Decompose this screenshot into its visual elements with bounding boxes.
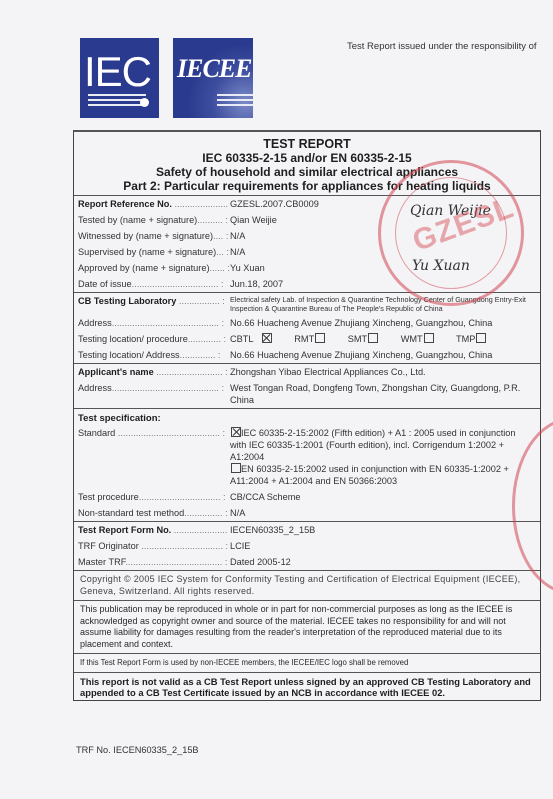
standard-iec: IEC 60335-2-15:2002 (Fifth edition) + A1… xyxy=(230,427,532,463)
standard-row: Standard ...............................… xyxy=(74,425,540,489)
checkbox-empty xyxy=(424,333,434,343)
title-line-4: Part 2: Particular requirements for appl… xyxy=(74,179,540,193)
label: Testing location/ procedure xyxy=(78,334,188,344)
copyright-section: Copyright © 2005 IEC System for Conformi… xyxy=(74,570,540,600)
lab-address-row: Address.................................… xyxy=(74,315,540,331)
checkbox-checked xyxy=(262,333,272,343)
iec-logo-text: IEC xyxy=(84,48,151,96)
testing-location-address-row: Testing location/ Address.............. … xyxy=(74,347,540,363)
iec-logo: IEC xyxy=(80,38,159,118)
logo-stripes xyxy=(88,91,146,106)
test-procedure-row: Test procedure..........................… xyxy=(74,489,540,505)
supervised-by-value: N/A xyxy=(230,246,540,258)
iecee-logo: IECEE xyxy=(173,38,253,118)
label: Date of issue xyxy=(78,279,132,289)
checkbox-empty xyxy=(231,463,241,473)
trf-section: Test Report Form No. ...................… xyxy=(74,521,540,570)
option-wmt: WMT xyxy=(401,334,434,344)
label: Tested by (name + signature) xyxy=(78,215,197,225)
label: Approved by (name + signature) xyxy=(78,263,210,273)
iecee-logo-text: IECEE xyxy=(177,54,252,84)
test-spec-heading: Test specification: xyxy=(74,409,540,425)
label: Master TRF xyxy=(78,557,125,567)
option-rmt: RMT xyxy=(294,334,325,344)
master-trf-row: Master TRF..............................… xyxy=(74,554,540,570)
validity-text: This report is not valid as a CB Test Re… xyxy=(74,673,540,702)
report-title: TEST REPORT IEC 60335-2-15 and/or EN 603… xyxy=(74,132,540,195)
trf-form-value: IECEN60335_2_15B xyxy=(230,524,540,536)
trf-originator-value: LCIE xyxy=(230,540,540,552)
validity-section: This report is not valid as a CB Test Re… xyxy=(74,672,540,702)
tested-by-value: Qian Weijie xyxy=(230,214,540,226)
signature-tested-by: Qian Weijie xyxy=(410,203,491,219)
title-line-2: IEC 60335-2-15 and/or EN 60335-2-15 xyxy=(74,151,540,165)
applicant-name-row: Applicant's name .......................… xyxy=(74,364,540,380)
option-smt: SMT xyxy=(348,334,378,344)
checkbox-checked xyxy=(231,427,241,437)
label: Report Reference No. xyxy=(78,199,172,209)
trf-form-row: Test Report Form No. ...................… xyxy=(74,522,540,538)
procedure-options: CBTL RMT SMT WMT TMP xyxy=(230,333,540,345)
logo-dot xyxy=(140,98,149,107)
reproduction-text: This publication may be reproduced in wh… xyxy=(74,601,540,653)
title-line-3: Safety of household and similar electric… xyxy=(74,165,540,179)
witnessed-by-value: N/A xyxy=(230,230,540,242)
logo-notice-text: If this Test Report Form is used by non-… xyxy=(74,654,540,672)
lab-address-value: No.66 Huacheng Avenue Zhujiang Xincheng,… xyxy=(230,317,540,329)
signature-approved-by: Yu Xuan xyxy=(412,258,470,274)
testing-procedure-row: Testing location/ procedure.............… xyxy=(74,331,540,347)
label: Address xyxy=(78,318,112,328)
applicant-section: Applicant's name .......................… xyxy=(74,363,540,408)
test-spec-section: Test specification: Standard ...........… xyxy=(74,408,540,521)
applicant-address-row: Address.................................… xyxy=(74,380,540,408)
label: Address xyxy=(78,383,112,393)
cb-lab-row: CB Testing Laboratory ................ :… xyxy=(74,293,540,315)
label: Supervised by (name + signature) xyxy=(78,247,216,257)
title-line-1: TEST REPORT xyxy=(74,137,540,151)
standard-en: EN 60335-2-15:2002 used in conjunction w… xyxy=(230,463,532,487)
non-standard-row: Non-standard test method............... … xyxy=(74,505,540,521)
responsibility-text: Test Report issued under the responsibil… xyxy=(347,41,537,52)
master-trf-value: Dated 2005-12 xyxy=(230,556,540,568)
label: CB Testing Laboratory xyxy=(78,296,176,306)
applicant-address-value: West Tongan Road, Dongfeng Town, Zhongsh… xyxy=(230,382,540,406)
option-tmp: TMP xyxy=(456,334,486,344)
witnessed-by-row: Witnessed by (name + signature).... : N/… xyxy=(74,228,540,244)
approved-by-row: Approved by (name + signature)...... : Y… xyxy=(74,260,540,276)
report-reference-value: GZESL.2007.CB0009 xyxy=(230,198,540,210)
checkbox-empty xyxy=(368,333,378,343)
footer-trf-no: TRF No. IECEN60335_2_15B xyxy=(76,745,199,755)
supervised-by-row: Supervised by (name + signature)... : N/… xyxy=(74,244,540,260)
testing-location-address-value: No.66 Huacheng Avenue Zhujiang Xincheng,… xyxy=(230,349,540,361)
logo-notice-section: If this Test Report Form is used by non-… xyxy=(74,653,540,672)
label: Non-standard test method xyxy=(78,508,184,518)
copyright-text: Copyright © 2005 IEC System for Conformi… xyxy=(74,571,540,600)
test-procedure-value: CB/CCA Scheme xyxy=(230,491,540,503)
trf-originator-row: TRF Originator .........................… xyxy=(74,538,540,554)
label: Witnessed by (name + signature) xyxy=(78,231,213,241)
standard-values: IEC 60335-2-15:2002 (Fifth edition) + A1… xyxy=(230,427,540,487)
reproduction-section: This publication may be reproduced in wh… xyxy=(74,600,540,653)
date-of-issue-row: Date of issue...........................… xyxy=(74,276,540,292)
cb-lab-value: Electrical safety Lab. of Inspection & Q… xyxy=(230,295,540,313)
checkbox-empty xyxy=(476,333,486,343)
applicant-name-value: Zhongshan Yibao Electrical Appliances Co… xyxy=(230,366,540,378)
label: Test Report Form No. xyxy=(78,525,171,535)
checkbox-empty xyxy=(315,333,325,343)
label: Test procedure xyxy=(78,492,139,502)
label: TRF Originator xyxy=(78,541,139,551)
lab-section: CB Testing Laboratory ................ :… xyxy=(74,292,540,363)
label: Applicant's name xyxy=(78,367,154,377)
non-standard-value: N/A xyxy=(230,507,540,519)
option-cbtl: CBTL xyxy=(230,334,272,344)
date-of-issue-value: Jun.18, 2007 xyxy=(230,278,540,290)
logo-stripes xyxy=(217,91,253,106)
label: Testing location/ Address xyxy=(78,350,180,360)
label: Standard xyxy=(78,428,115,438)
approved-by-value: Yu Xuan xyxy=(230,262,540,274)
